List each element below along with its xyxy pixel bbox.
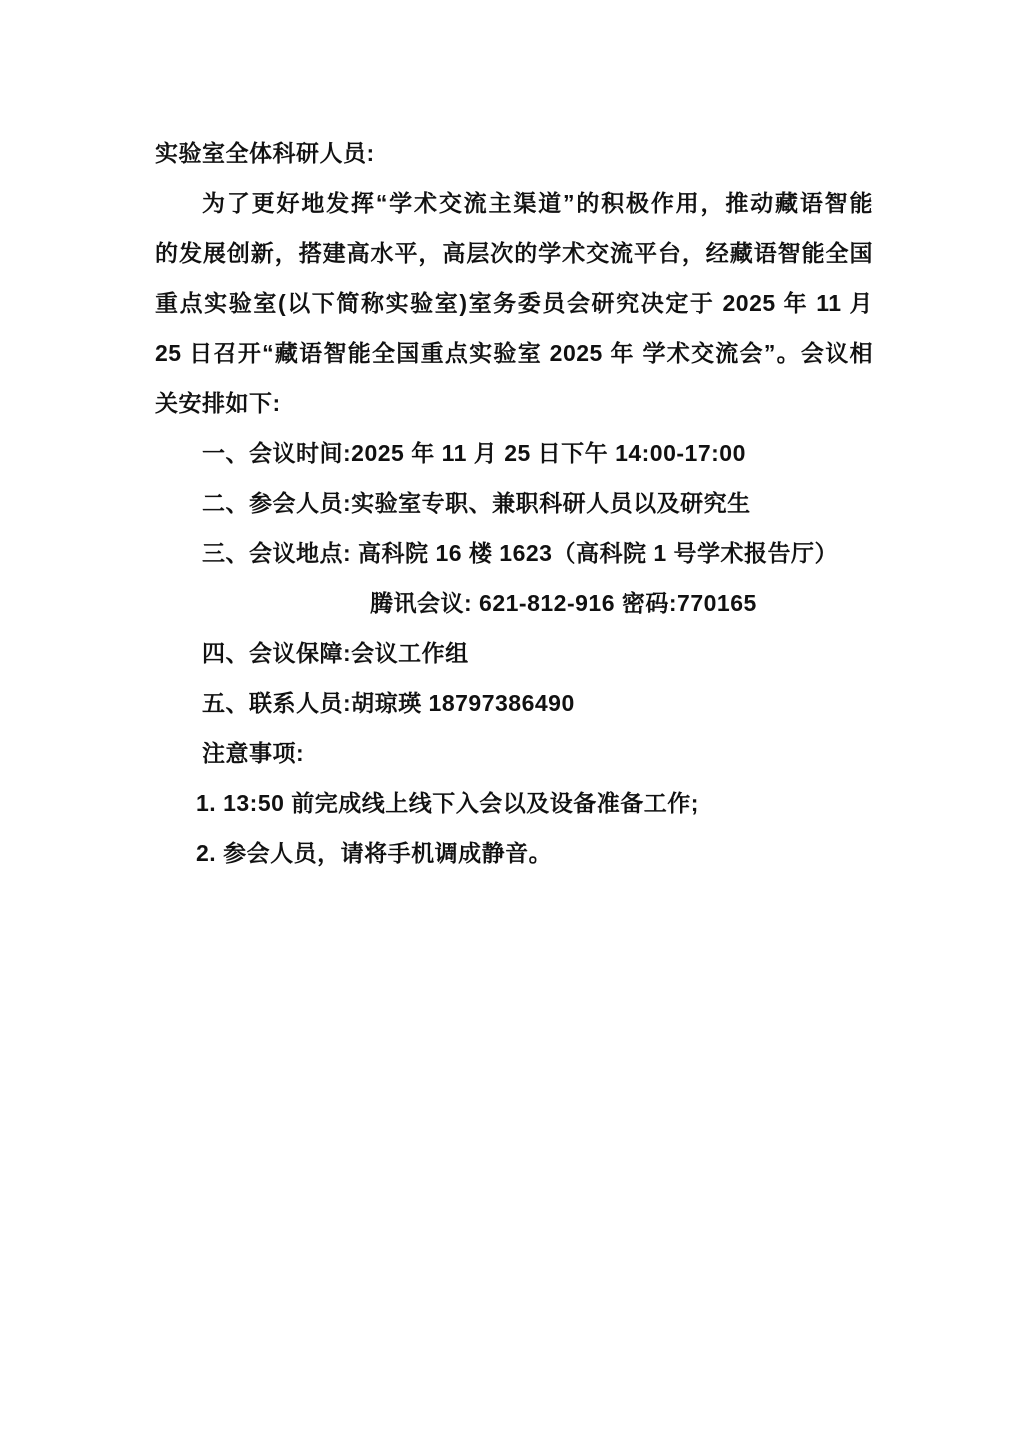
paragraph-line-2: 的发展创新，搭建高水平，高层次的学术交流平台，经藏语智能全国 (155, 228, 873, 278)
list-item-location: 三、会议地点: 高科院 16 楼 1623（高科院 1 号学术报告厅） (155, 528, 873, 578)
note-item-2: 2. 参会人员，请将手机调成静音。 (155, 828, 873, 878)
list-item-participants: 二、参会人员:实验室专职、兼职科研人员以及研究生 (155, 478, 873, 528)
paragraph-line-4: 25 日召开“藏语智能全国重点实验室 2025 年 学术交流会”。会议相 (155, 328, 873, 378)
list-item-contact: 五、联系人员:胡琼瑛 18797386490 (155, 678, 873, 728)
notes-heading: 注意事项: (155, 728, 873, 778)
list-item-support: 四、会议保障:会议工作组 (155, 628, 873, 678)
paragraph-line-1: 为了更好地发挥“学术交流主渠道”的积极作用，推动藏语智能 (155, 178, 873, 228)
online-meeting-line: 腾讯会议: 621-812-916 密码:770165 (155, 578, 873, 628)
note-item-1: 1. 13:50 前完成线上线下入会以及设备准备工作; (155, 778, 873, 828)
paragraph-line-3: 重点实验室(以下简称实验室)室务委员会研究决定于 2025 年 11 月 (155, 278, 873, 328)
list-item-meeting-time: 一、会议时间:2025 年 11 月 25 日下午 14:00-17:00 (155, 428, 873, 478)
document-page: 实验室全体科研人员: 为了更好地发挥“学术交流主渠道”的积极作用，推动藏语智能 … (0, 0, 1024, 1448)
paragraph-line-5: 关安排如下: (155, 378, 873, 428)
salutation-line: 实验室全体科研人员: (155, 128, 873, 178)
